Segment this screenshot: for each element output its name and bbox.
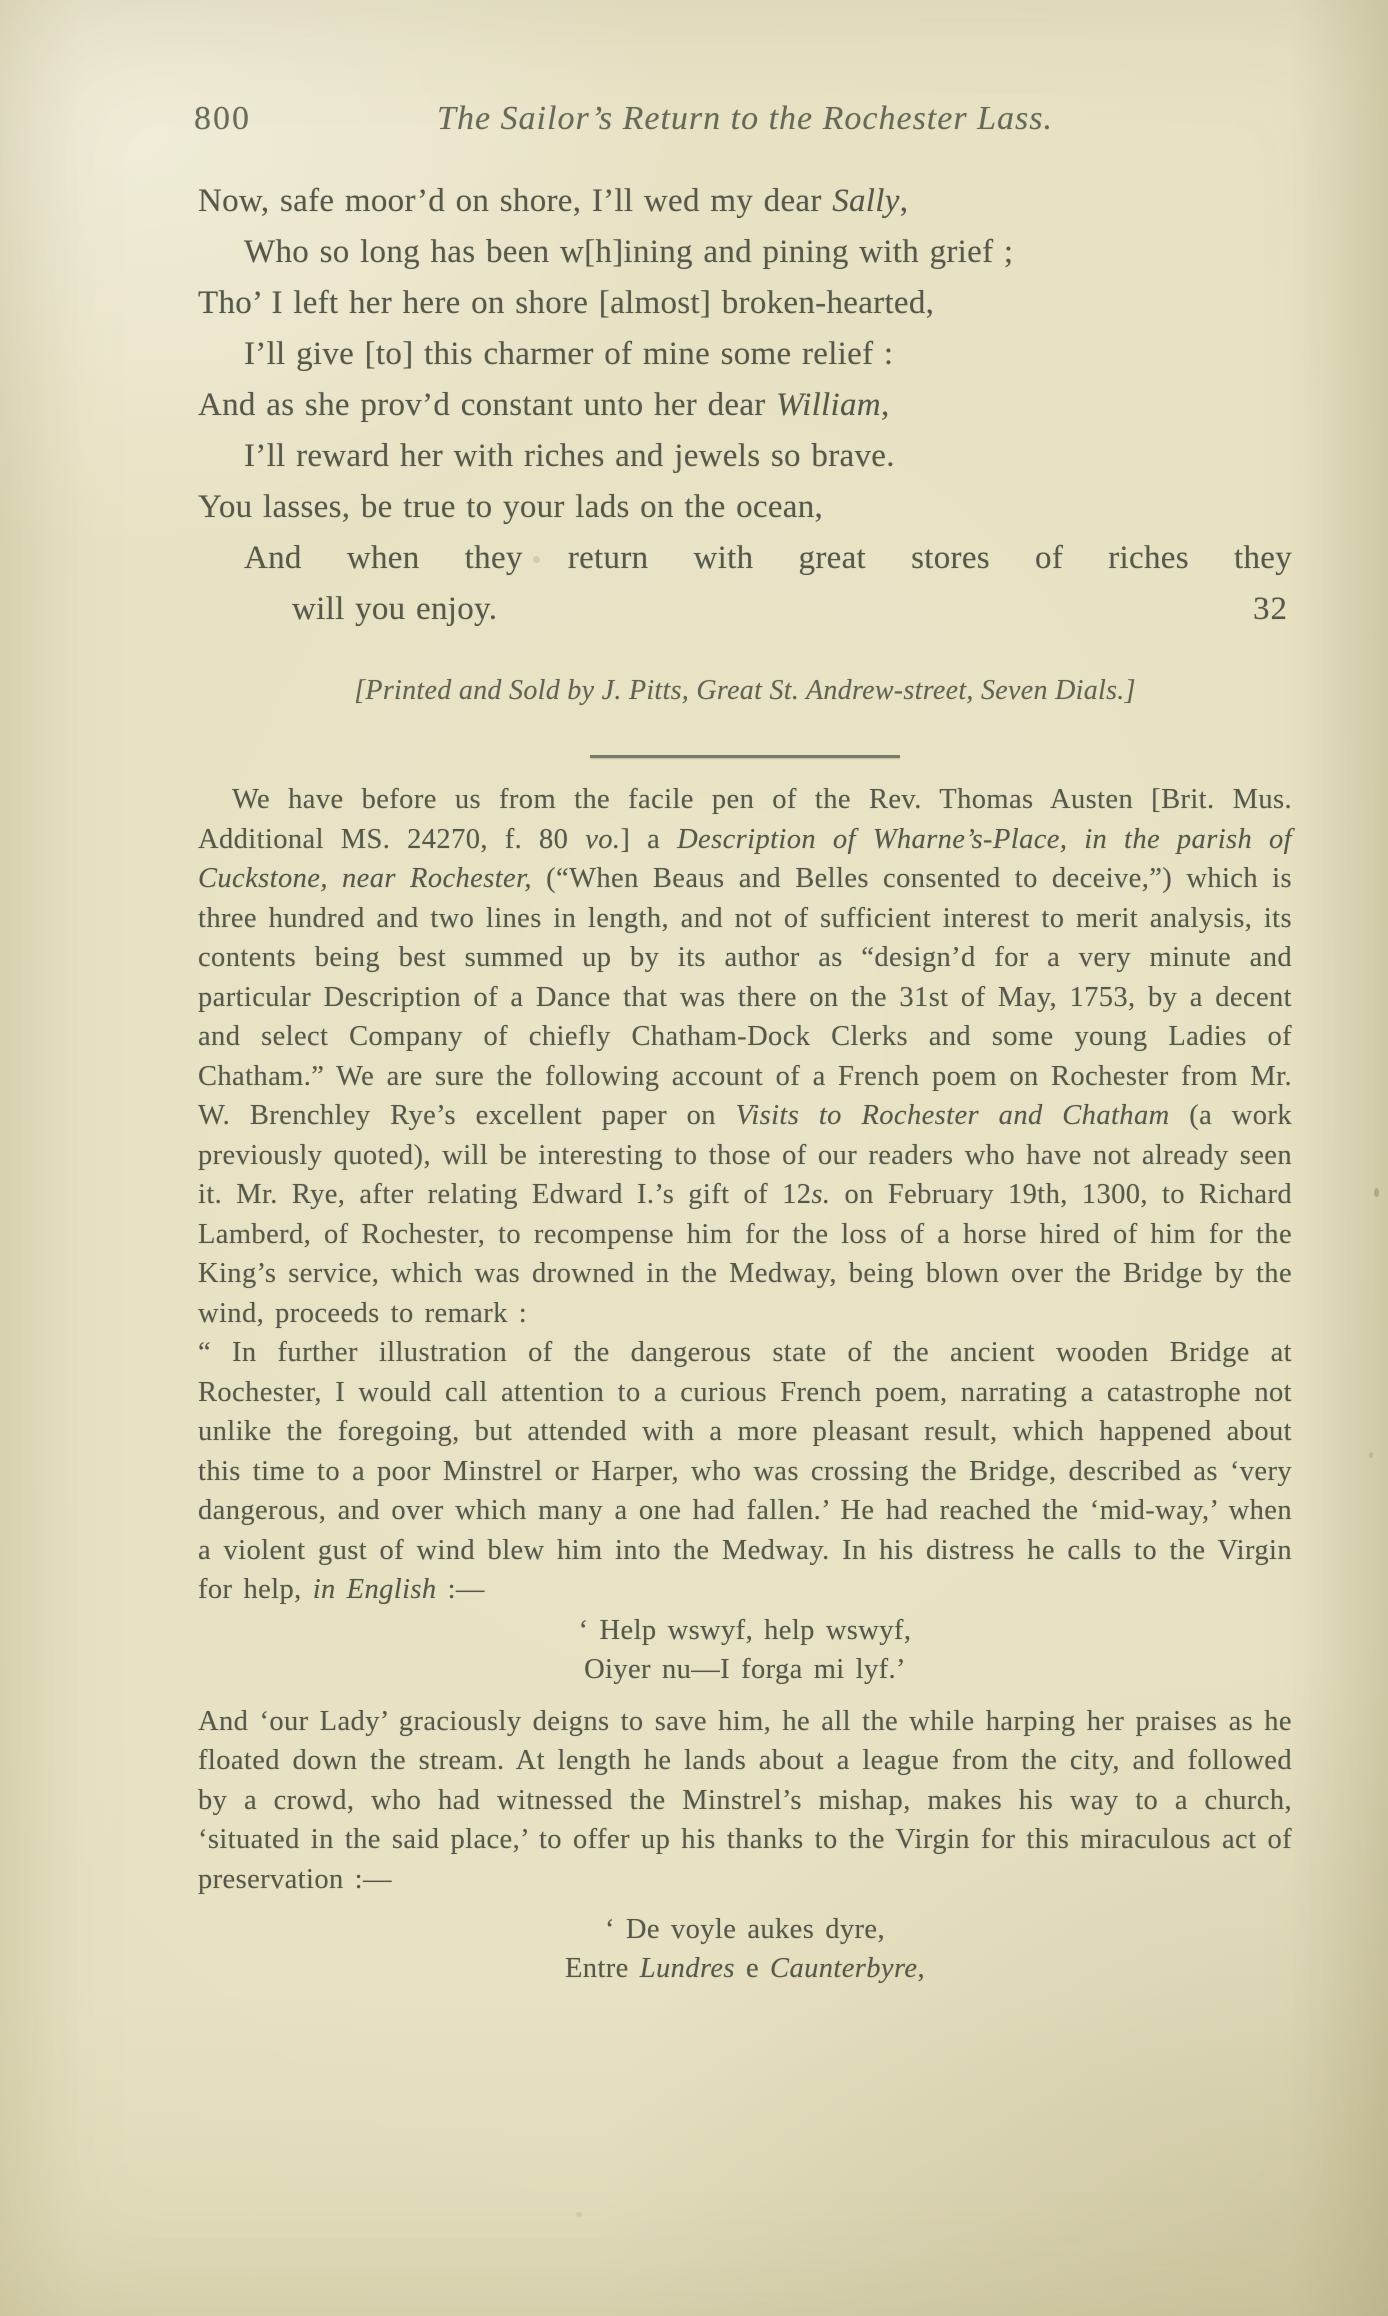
text-run: And when they return with great stores o… xyxy=(244,540,1292,576)
text-run: Oiyer nu—I forga mi lyf.’ xyxy=(584,1654,906,1685)
text-run: will you enjoy. xyxy=(292,591,497,627)
text-run: Who so long has been w[h]ining and pinin… xyxy=(244,234,1013,270)
ballad-stanza: Now, safe moor’d on shore, I’ll wed my d… xyxy=(198,176,1292,635)
text-run: , xyxy=(900,183,909,219)
text-run: :— xyxy=(437,1574,485,1605)
text-line: Now, safe moor’d on shore, I’ll wed my d… xyxy=(198,176,1292,227)
text-run: , xyxy=(881,387,890,423)
text-line: ‘ Help wswyf, help wswyf, xyxy=(198,1611,1292,1650)
text-run: Now, safe moor’d on shore, I’ll wed my d… xyxy=(198,183,832,219)
text-line: ‘ De voyle aukes dyre, xyxy=(198,1910,1292,1949)
text-line: Who so long has been w[h]ining and pinin… xyxy=(198,227,1292,278)
text-run: And ‘our Lady’ graciously deigns to save… xyxy=(198,1706,1292,1895)
paragraph-conclusion: And ‘our Lady’ graciously deigns to save… xyxy=(198,1702,1292,1900)
text-line: Entre Lundres e Caunterbyre, xyxy=(198,1949,1292,1988)
text-run: ‘ Help wswyf, help wswyf, xyxy=(579,1615,912,1646)
text-line: I’ll give [to] this charmer of mine some… xyxy=(198,329,1292,380)
text-line: You lasses, be true to your lads on the … xyxy=(198,482,1292,533)
text-run-italic: Sally xyxy=(832,183,899,219)
text-run: Tho’ I left her here on shore [almost] b… xyxy=(198,285,934,321)
text-run: ‘ De voyle aukes dyre, xyxy=(605,1914,885,1945)
text-run: “ In further illustration of the dangero… xyxy=(198,1337,1292,1605)
quoted-verse-french: ‘ De voyle aukes dyre,Entre Lundres e Ca… xyxy=(198,1910,1292,1988)
imprint-line: [Printed and Sold by J. Pitts, Great St.… xyxy=(198,675,1292,707)
text-run-italic: in English xyxy=(313,1574,437,1605)
text-run-italic: [Printed and Sold by J. Pitts, Great St.… xyxy=(354,675,1136,706)
paragraph-intro: We have before us from the facile pen of… xyxy=(198,780,1292,1333)
text-run-italic: William xyxy=(776,387,881,423)
text-run: I’ll reward her with riches and jewels s… xyxy=(244,438,895,474)
text-run-italic: vo. xyxy=(585,824,620,855)
article-body: We have before us from the facile pen of… xyxy=(198,780,1292,1988)
text-run-italic: Lundres xyxy=(640,1953,735,1984)
text-run: (“When Beaus and Belles consented to dec… xyxy=(198,863,1292,1131)
text-run: , xyxy=(917,1953,925,1984)
running-head: 800 The Sailor’s Return to the Rochester… xyxy=(198,100,1292,150)
text-run-italic: s. xyxy=(811,1179,830,1210)
paragraph-rye-quote: “ In further illustration of the dangero… xyxy=(198,1333,1292,1610)
text-run: ] a xyxy=(620,824,677,855)
text-run-italic: Caunterbyre xyxy=(770,1953,917,1984)
section-divider xyxy=(590,755,900,758)
text-run: Entre xyxy=(565,1953,640,1984)
text-line: will you enjoy.32 xyxy=(198,584,1292,635)
running-title: The Sailor’s Return to the Rochester Las… xyxy=(198,100,1292,138)
text-run: e xyxy=(735,1953,770,1984)
stanza-line-count: 32 xyxy=(1253,584,1288,635)
quoted-verse-english: ‘ Help wswyf, help wswyf,Oiyer nu—I forg… xyxy=(198,1611,1292,1689)
scanned-book-page: 800 The Sailor’s Return to the Rochester… xyxy=(0,0,1388,2316)
text-run-italic: Visits to Rochester and Chatham xyxy=(736,1100,1170,1131)
text-run: You lasses, be true to your lads on the … xyxy=(198,489,823,525)
text-run: And as she prov’d constant unto her dear xyxy=(198,387,776,423)
text-line: And as she prov’d constant unto her dear… xyxy=(198,380,1292,431)
text-line: Tho’ I left her here on shore [almost] b… xyxy=(198,278,1292,329)
text-line: I’ll reward her with riches and jewels s… xyxy=(198,431,1292,482)
text-run: I’ll give [to] this charmer of mine some… xyxy=(244,336,893,372)
text-line: Oiyer nu—I forga mi lyf.’ xyxy=(198,1650,1292,1689)
text-line: And when they return with great stores o… xyxy=(198,533,1292,584)
